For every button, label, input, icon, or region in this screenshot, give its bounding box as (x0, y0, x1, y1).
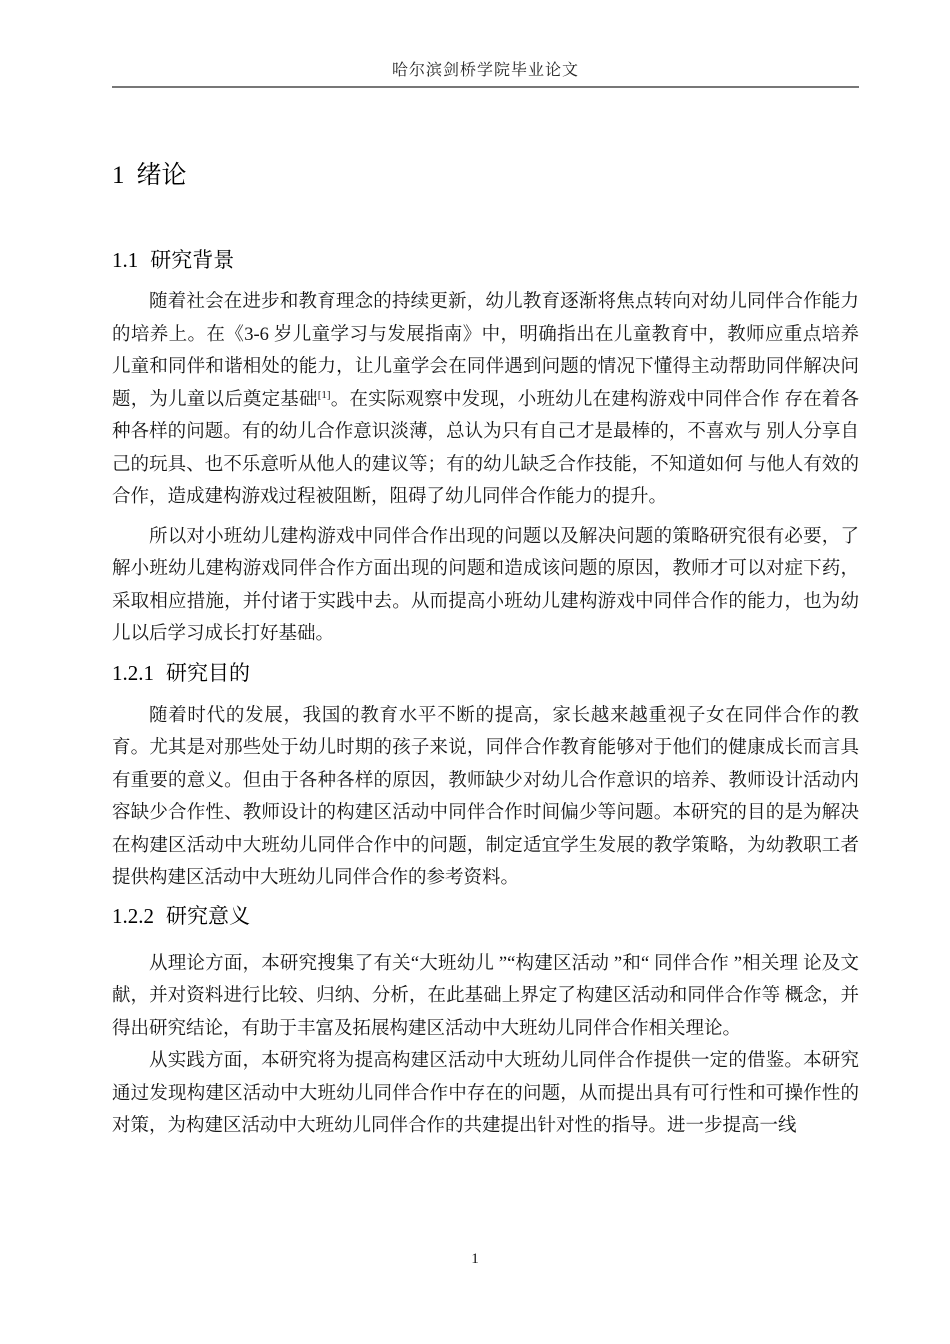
paragraph-purpose: 随着时代的发展，我国的教育水平不断的提高，家长越来越重视子女在同伴合作的教育。尤… (112, 700, 859, 895)
section-title-purpose: 研究目的 (166, 662, 250, 685)
section-heading-purpose: 1.2.1研究目的 (112, 658, 859, 689)
section-heading-background: 1.1研究背景 (112, 246, 859, 275)
chapter-heading: 1绪论 (112, 158, 859, 193)
paragraph-significance-2: 从实践方面，本研究将为提高构建区活动中大班幼儿同伴合作提供一定的借鉴。本研究通过… (112, 1045, 859, 1143)
page-number: 1 (0, 1251, 950, 1268)
chapter-title: 绪论 (137, 161, 187, 189)
section-title-background: 研究背景 (150, 249, 234, 272)
section-title-significance: 研究意义 (166, 905, 250, 928)
chapter-number: 1 (112, 162, 125, 189)
section-number-significance: 1.2.2 (112, 904, 154, 928)
section-number-background: 1.1 (112, 248, 138, 272)
document-page: 哈尔滨剑桥学院毕业论文 1绪论 1.1研究背景 随着社会在进步和教育理念的持续更… (0, 0, 950, 1344)
content-column: 哈尔滨剑桥学院毕业论文 1绪论 1.1研究背景 随着社会在进步和教育理念的持续更… (112, 60, 859, 1143)
paragraph-significance-1: 从理论方面，本研究搜集了有关“大班幼儿 ”“构建区活动 ”和“ 同伴合作 ”相关… (112, 948, 859, 1046)
paragraph-background-2: 所以对小班幼儿建构游戏中同伴合作出现的问题以及解决问题的策略研究很有必要，了解小… (112, 521, 859, 651)
running-header-title: 哈尔滨剑桥学院毕业论文 (392, 62, 579, 79)
section-heading-significance: 1.2.2研究意义 (112, 901, 859, 932)
section-number-purpose: 1.2.1 (112, 661, 154, 685)
running-header: 哈尔滨剑桥学院毕业论文 (112, 60, 859, 82)
header-rule (112, 86, 859, 88)
footnote-ref-1: [1] (318, 388, 331, 400)
paragraph-background-1: 随着社会在进步和教育理念的持续更新，幼儿教育逐渐将焦点转向对幼儿同伴合作能力的培… (112, 286, 859, 514)
